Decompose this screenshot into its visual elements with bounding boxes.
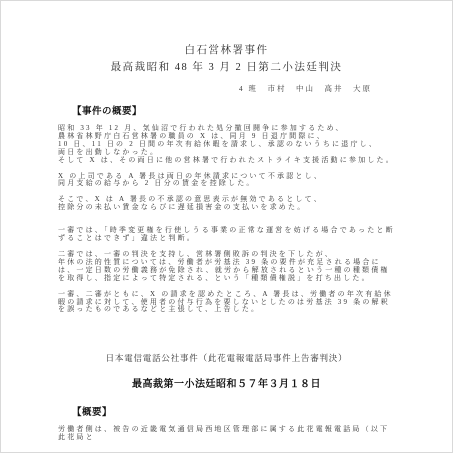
case2-overview-heading: 【概要】 (72, 404, 452, 418)
case1-paragraph-5: 二審では、一審の判決を支持し、営林署側敗訴の判決を下したが、 年休の法的性質につ… (58, 251, 395, 283)
case1-overview-heading: 【事件の概要】 (72, 103, 452, 117)
document-page: 白石営林署事件 最高裁昭和 48 年 3 月 2 日第二小法廷判決 4 班 市村… (0, 0, 453, 453)
case2-subtitle: 最高裁第一小法廷昭和５７年３月１８日 (1, 375, 452, 390)
authors-line: 4 班 市村 中山 高井 大原 (1, 83, 452, 94)
case1-paragraph-2: X の上司である A 署長は両日の年休請求について不承認とし、 同月支給の給与か… (58, 173, 395, 189)
case1-paragraph-6: 一審、二審がともに、X の請求を認めたところ、A 署長は、労働者の年次有給休暇の… (58, 291, 395, 315)
case1-title: 白石営林署事件 (1, 43, 452, 59)
case2-paragraph-1: 労働者側は、被告の近畿電気通信局西地区管理部に属する此花電報電話局（以下此花局と (58, 426, 395, 442)
case1-paragraph-3: そこで、X は A 署長の不承認の意思表示が無効であるとして、 控除分の未払い賃… (58, 196, 395, 212)
case2-title: 日本電信電話公社事件（此花電報電話局事件上告審判決） (1, 352, 452, 364)
case1-subtitle: 最高裁昭和 48 年 3 月 2 日第二小法廷判決 (1, 59, 452, 76)
case1-paragraph-4: 一審では、「時季変更権を行使しうる事業の正常な運営を妨げる場合であったと断ずるこ… (58, 227, 395, 243)
case1-paragraph-1: 昭和 33 年 12 月、気仙沼で行われた処分撤回闘争に参加するため、 農林省林… (58, 125, 395, 165)
